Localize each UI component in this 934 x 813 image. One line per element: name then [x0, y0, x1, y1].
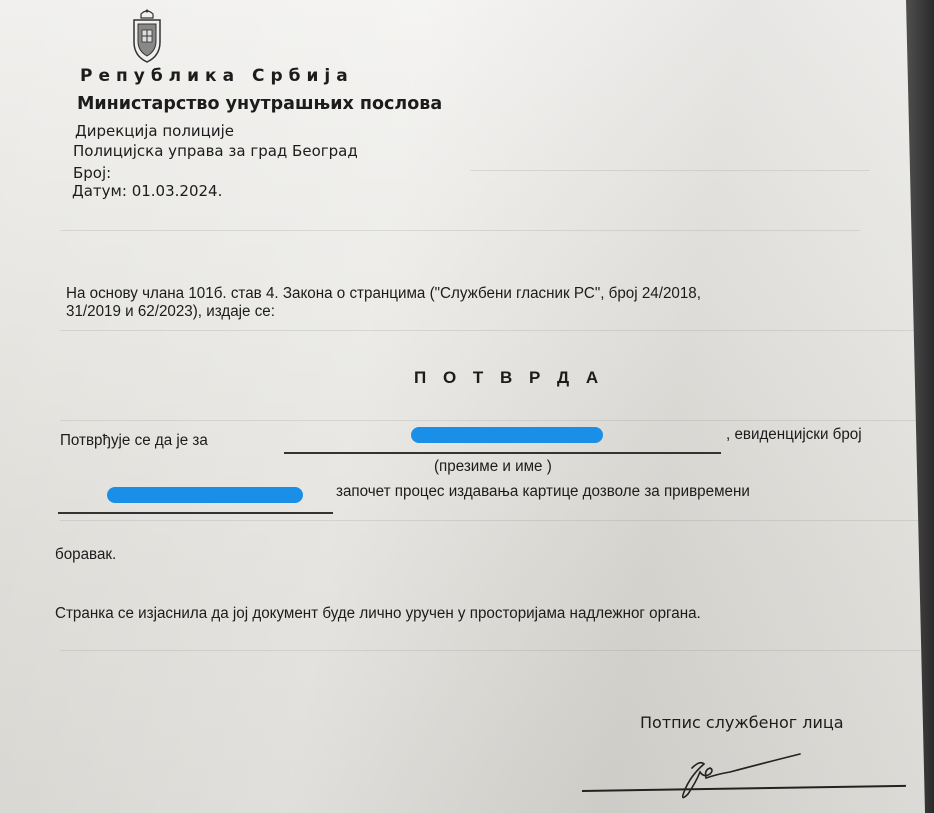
- evidence-number-label: , евиденцијски број: [726, 426, 862, 444]
- police-administration-label: Полицијска управа за град Београд: [73, 142, 358, 160]
- number-label: Број:: [73, 164, 111, 182]
- name-caption: (презиме и име ): [434, 458, 552, 476]
- legal-basis-line-2: 31/2019 и 62/2023), издаје се:: [66, 303, 275, 321]
- signature-label: Потпис службеног лица: [640, 713, 844, 732]
- evidence-number-underline: [58, 512, 333, 514]
- date-value: 01.03.2024.: [132, 182, 223, 200]
- redacted-evidence-number: [107, 487, 303, 503]
- republic-heading: Република Србија: [80, 66, 354, 86]
- party-statement: Странка се изјаснила да јој документ буд…: [55, 605, 701, 623]
- coat-of-arms-icon: [129, 8, 165, 64]
- legal-basis-line-1: На основу члана 101б. став 4. Закона о с…: [66, 285, 701, 303]
- redacted-name: [411, 427, 603, 443]
- name-underline: [284, 452, 721, 454]
- process-text: започет процес издавања картице дозволе …: [336, 483, 750, 501]
- document-page: Република Србија Министарство унутрашњих…: [0, 0, 925, 813]
- signature-mark-icon: [670, 748, 810, 808]
- ministry-heading: Министарство унутрашњих послова: [77, 94, 442, 114]
- stay-text: боравак.: [55, 546, 116, 564]
- directorate-label: Дирекција полиције: [75, 122, 234, 140]
- document-title: П О Т В Р Д А: [414, 368, 604, 388]
- confirm-prefix: Потврђује се да је за: [60, 432, 208, 450]
- date-label: Датум:: [72, 182, 127, 200]
- date-row: Датум: 01.03.2024.: [72, 182, 222, 200]
